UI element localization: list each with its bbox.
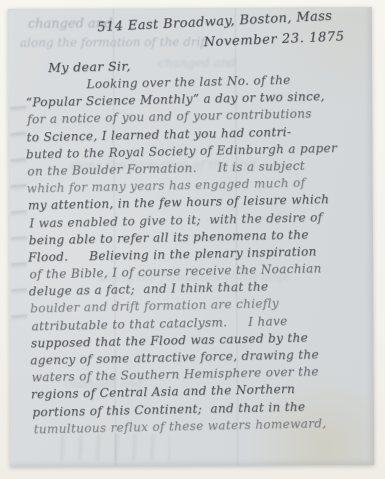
letter-paper: changed and along the formation of the d… [8, 7, 374, 467]
date-line: November 23. 1875 [203, 29, 345, 50]
salutation: My dear Sir, [48, 58, 131, 75]
letter-body: Looking over the last No. of the “Popula… [24, 70, 373, 438]
letter-content: 514 East Broadway, Boston, Mass November… [8, 7, 374, 467]
scan-background: changed and along the formation of the d… [0, 0, 385, 479]
